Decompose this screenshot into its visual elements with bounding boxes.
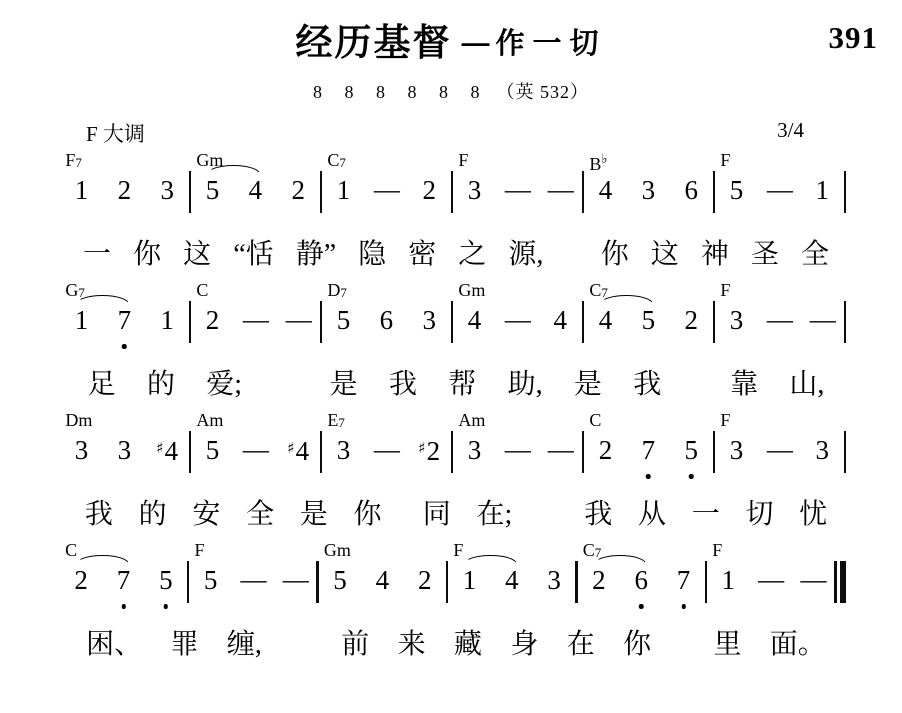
- hymnal-page: 391 经历基督—作一切 8 8 8 8 8 8（英 532） F 大调 3/4…: [0, 0, 902, 713]
- key-signature-label: F 大调: [86, 118, 145, 144]
- dash-glyph: —: [505, 175, 530, 204]
- chord-root: D: [327, 280, 340, 300]
- lyric-syllable: 之: [447, 238, 497, 272]
- lyric-syllable: 里: [699, 628, 755, 662]
- lyric-syllable: 隐: [347, 238, 397, 272]
- measure: C7267: [578, 562, 705, 602]
- note: 3: [60, 430, 103, 475]
- measure: E73—♯2: [322, 432, 451, 472]
- note-number: 7: [117, 565, 131, 595]
- chord-root: G: [324, 540, 337, 560]
- chord-root: G: [458, 280, 471, 300]
- chord-label: F: [458, 151, 468, 169]
- lyric-syllable: 面。: [756, 628, 840, 662]
- measure: C275: [60, 562, 187, 602]
- lyric-syllable: 足: [72, 368, 131, 402]
- meter-numbers: 8 8 8 8 8 8: [313, 82, 489, 102]
- lyrics-row: 足的爱;是我帮助,是我靠山,: [72, 368, 840, 402]
- note: 4: [453, 300, 496, 345]
- chord-extension: 7: [339, 155, 346, 170]
- note: 5: [189, 560, 231, 605]
- chord-label: F: [195, 541, 205, 559]
- dash-glyph: —: [767, 435, 792, 464]
- barline: [844, 301, 846, 343]
- duration-dash: —: [365, 430, 408, 474]
- lyric-syllable: 静”: [285, 238, 347, 272]
- note: 2: [404, 560, 446, 605]
- note-number: 6: [684, 175, 698, 205]
- lyrics-row: 一你这“恬静”隐密之源,你这神圣全: [72, 238, 840, 272]
- title-dash: —: [461, 27, 489, 58]
- note: 5: [715, 170, 758, 215]
- chord-root: D: [65, 410, 78, 430]
- lyric-syllable: 忧: [786, 498, 840, 532]
- note: 1: [448, 560, 490, 605]
- key-time-row: F 大调 3/4: [0, 118, 902, 144]
- chord-root: F: [195, 540, 205, 560]
- note-number: 3: [730, 305, 744, 335]
- dash-glyph: —: [800, 565, 825, 594]
- page-header: 391 经历基督—作一切 8 8 8 8 8 8（英 532） F 大调 3/4: [0, 0, 902, 144]
- notes-group: 33♯4: [60, 432, 189, 472]
- dash-glyph: —: [810, 305, 835, 334]
- chord-label: Gm: [458, 281, 485, 299]
- lyric-syllable: “恬: [222, 238, 284, 272]
- note-number: 5: [204, 565, 218, 595]
- note-number: 2: [427, 436, 441, 466]
- dash-glyph: —: [767, 305, 792, 334]
- lyric-syllable: 从: [625, 498, 679, 532]
- note: 5: [670, 430, 713, 475]
- lyric-syllable: 圣: [740, 238, 790, 272]
- note-number: 3: [468, 435, 482, 465]
- chord-root: m: [471, 410, 485, 430]
- note-number: 5: [206, 435, 220, 465]
- chord-label: Am: [458, 411, 485, 429]
- note: ♯4: [146, 428, 189, 476]
- measure: Am5—♯4: [191, 432, 320, 472]
- chord-root: C: [65, 540, 77, 560]
- measure: F3——: [453, 172, 582, 212]
- note: 3: [627, 170, 670, 215]
- note-number: 6: [634, 565, 648, 595]
- note-number: 4: [468, 305, 482, 335]
- notes-group: 1——: [707, 562, 834, 602]
- note-number: 7: [642, 435, 656, 465]
- lyric-syllable: 一: [679, 498, 733, 532]
- chord-root: F: [458, 150, 468, 170]
- notes-group: 3——: [453, 172, 582, 212]
- chord-root: F: [720, 410, 730, 430]
- note-number: 2: [422, 175, 436, 205]
- lyric-syllable: 的: [131, 368, 190, 402]
- notes-group: 5——: [189, 562, 316, 602]
- duration-dash: —: [496, 170, 539, 214]
- note: 7: [102, 560, 144, 605]
- note-number: 4: [165, 436, 179, 466]
- music-row: Dm33♯4Am5—♯4E73—♯2Am3——C275F3—3: [60, 432, 846, 472]
- duration-dash: —: [758, 430, 801, 474]
- lyric-syllable: 在: [553, 628, 609, 662]
- duration-dash: —: [801, 300, 844, 344]
- note: 1: [146, 300, 189, 345]
- note: 4: [491, 560, 533, 605]
- duration-dash: —: [496, 430, 539, 474]
- note: 6: [365, 300, 408, 345]
- chord-root: C: [589, 280, 601, 300]
- lyric-syllable: 全: [233, 498, 287, 532]
- note-number: 2: [418, 565, 432, 595]
- lyric-syllable: 困、: [72, 628, 156, 662]
- notes-group: 275: [60, 562, 187, 602]
- note: 5: [191, 430, 234, 475]
- dash-glyph: —: [505, 305, 530, 334]
- note: ♯2: [408, 428, 451, 476]
- note: 5: [145, 560, 187, 605]
- duration-dash: —: [758, 170, 801, 214]
- notes-group: 5—♯4: [191, 432, 320, 472]
- sharp-icon: ♯: [287, 439, 294, 457]
- chord-label: Gm: [324, 541, 351, 559]
- lyric-syllable: 来: [383, 628, 439, 662]
- lyric-syllable: 我: [618, 368, 677, 402]
- measure: G7171: [60, 302, 189, 342]
- notes-group: 3——: [715, 302, 844, 342]
- note-number: 4: [599, 175, 613, 205]
- note-number: 3: [642, 175, 656, 205]
- duration-dash: —: [792, 560, 834, 604]
- note: 3: [715, 430, 758, 475]
- chord-root: G: [196, 150, 209, 170]
- dash-glyph: —: [283, 565, 308, 594]
- chord-label: C: [589, 411, 601, 429]
- lyric-syllable: 我: [72, 498, 126, 532]
- lyric-syllable: 安: [179, 498, 233, 532]
- note: 5: [191, 170, 234, 215]
- system: C275F5——Gm542F143C7267F1——困、罪缠,前来藏身在你里面。: [60, 562, 846, 662]
- lyric-syllable: 靠: [714, 368, 773, 402]
- note: 2: [191, 300, 234, 345]
- chord-root: C: [589, 410, 601, 430]
- note: 3: [453, 430, 496, 475]
- measure: F3—3: [715, 432, 844, 472]
- lyric-syllable: 是: [314, 368, 373, 402]
- chord-label: F: [453, 541, 463, 559]
- dash-glyph: —: [243, 435, 268, 464]
- note: 4: [584, 300, 627, 345]
- notes-group: 143: [448, 562, 575, 602]
- note-number: 1: [160, 305, 174, 335]
- chord-root: C: [196, 280, 208, 300]
- note-number: 4: [376, 565, 390, 595]
- notes-group: 1—2: [322, 172, 451, 212]
- lyric-syllable: 源,: [497, 238, 554, 272]
- measure: Dm33♯4: [60, 432, 189, 472]
- chord-extension: 7: [340, 285, 347, 300]
- note: 3: [146, 170, 189, 215]
- duration-dash: —: [496, 300, 539, 344]
- note: 5: [627, 300, 670, 345]
- measure: F5——: [189, 562, 316, 602]
- note-number: 6: [380, 305, 394, 335]
- duration-dash: —: [758, 300, 801, 344]
- music-row: C275F5——Gm542F143C7267F1——: [60, 562, 846, 602]
- chord-label: C: [196, 281, 208, 299]
- chord-root: m: [337, 540, 351, 560]
- note: ♯4: [277, 428, 320, 476]
- duration-dash: —: [539, 430, 582, 474]
- lyric-syllable: 你: [590, 238, 640, 272]
- note: 4: [361, 560, 403, 605]
- note: 1: [707, 560, 749, 605]
- measure: Gm4—4: [453, 302, 582, 342]
- meter-reference: （英 532）: [497, 82, 590, 102]
- dash-glyph: —: [374, 435, 399, 464]
- meter-row: 8 8 8 8 8 8（英 532）: [0, 78, 902, 104]
- note: 2: [578, 560, 620, 605]
- note: 4: [539, 300, 582, 345]
- score-lines: F7123Gm542C71—2F3——B♭436F5—1一你这“恬静”隐密之源,…: [0, 172, 902, 662]
- hymn-number: 391: [829, 20, 879, 56]
- measure: F7123: [60, 172, 189, 212]
- lyric-syllable: 是: [558, 368, 617, 402]
- lyric-syllable: 全: [790, 238, 840, 272]
- note-number: 5: [642, 305, 656, 335]
- chord-extension: 7: [75, 155, 82, 170]
- system: F7123Gm542C71—2F3——B♭436F5—1一你这“恬静”隐密之源,…: [60, 172, 846, 272]
- time-signature: 3/4: [777, 118, 804, 144]
- chord-root: F: [720, 280, 730, 300]
- note-number: 1: [75, 305, 89, 335]
- note: 6: [670, 170, 713, 215]
- note-number: 3: [75, 435, 89, 465]
- note-number: 2: [118, 175, 132, 205]
- duration-dash: —: [277, 300, 320, 344]
- note-number: 5: [337, 305, 351, 335]
- note-number: 3: [160, 175, 174, 205]
- lyric-syllable: 一: [72, 238, 122, 272]
- note-number: 2: [599, 435, 613, 465]
- lyric-syllable: 爱;: [191, 368, 258, 402]
- chord-label: F: [720, 411, 730, 429]
- chord-root: F: [720, 150, 730, 170]
- hymn-title: 经历基督: [295, 22, 451, 63]
- measure: F143: [448, 562, 575, 602]
- chord-label: F: [720, 151, 730, 169]
- note: 4: [234, 170, 277, 215]
- note: 3: [453, 170, 496, 215]
- notes-group: 542: [319, 562, 446, 602]
- note-number: 1: [722, 565, 736, 595]
- note-number: 5: [684, 435, 698, 465]
- note-number: 2: [291, 175, 305, 205]
- lyric-syllable: 缠,: [213, 628, 276, 662]
- measure: F3——: [715, 302, 844, 342]
- sharp-icon: ♯: [418, 439, 425, 457]
- note: 3: [801, 430, 844, 475]
- notes-group: 3—3: [715, 432, 844, 472]
- note: 2: [584, 430, 627, 475]
- chord-root: G: [65, 280, 78, 300]
- lyric-syllable: 助,: [492, 368, 558, 402]
- final-barline: [834, 561, 846, 603]
- note-number: 3: [730, 435, 744, 465]
- note-number: 3: [547, 565, 561, 595]
- chord-root: m: [78, 410, 92, 430]
- note: 7: [662, 560, 704, 605]
- system: Dm33♯4Am5—♯4E73—♯2Am3——C275F3—3我的安全是你同在;…: [60, 432, 846, 532]
- note-number: 4: [296, 436, 310, 466]
- note-number: 1: [463, 565, 477, 595]
- note-number: 7: [118, 305, 132, 335]
- measure: D7563: [322, 302, 451, 342]
- duration-dash: —: [234, 430, 277, 474]
- notes-group: 267: [578, 562, 705, 602]
- lyric-syllable: 神: [690, 238, 740, 272]
- duration-dash: —: [749, 560, 791, 604]
- note: 5: [319, 560, 361, 605]
- lyric-syllable: 罪: [156, 628, 212, 662]
- note: 3: [533, 560, 575, 605]
- notes-group: 5—1: [715, 172, 844, 212]
- lyric-syllable: 身: [496, 628, 552, 662]
- chord-label: Dm: [65, 411, 92, 429]
- note-number: 1: [337, 175, 351, 205]
- dash-glyph: —: [548, 435, 573, 464]
- chord-root: F: [453, 540, 463, 560]
- notes-group: 542: [191, 172, 320, 212]
- dash-glyph: —: [548, 175, 573, 204]
- dash-glyph: —: [505, 435, 530, 464]
- note: 1: [322, 170, 365, 215]
- measure: C2——: [191, 302, 320, 342]
- lyrics-row: 困、罪缠,前来藏身在你里面。: [72, 628, 840, 662]
- music-row: G7171C2——D7563Gm4—4C7452F3——: [60, 302, 846, 342]
- note: 2: [408, 170, 451, 215]
- lyric-syllable: 同: [410, 498, 464, 532]
- chord-root: F: [712, 540, 722, 560]
- note-number: 5: [730, 175, 744, 205]
- note: 1: [801, 170, 844, 215]
- chord-root: C: [583, 540, 595, 560]
- notes-group: 275: [584, 432, 713, 472]
- measure: C7452: [584, 302, 713, 342]
- note-number: 3: [422, 305, 436, 335]
- note: 3: [715, 300, 758, 345]
- dash-glyph: —: [758, 565, 783, 594]
- note-number: 7: [677, 565, 691, 595]
- barline: [844, 431, 846, 473]
- measure: Gm542: [319, 562, 446, 602]
- chord-root: A: [196, 410, 209, 430]
- lyric-syllable: 帮: [433, 368, 492, 402]
- measure: C71—2: [322, 172, 451, 212]
- chord-root: C: [327, 150, 339, 170]
- note: 1: [60, 300, 103, 345]
- dash-glyph: —: [243, 305, 268, 334]
- note-number: 4: [599, 305, 613, 335]
- notes-group: 3——: [453, 432, 582, 472]
- note-number: 1: [75, 175, 89, 205]
- chord-root: A: [458, 410, 471, 430]
- measure: F1——: [707, 562, 834, 602]
- lyric-syllable: 我: [571, 498, 625, 532]
- lyric-syllable: 你: [341, 498, 395, 532]
- note: 1: [60, 170, 103, 215]
- notes-group: 2——: [191, 302, 320, 342]
- dash-glyph: —: [286, 305, 311, 334]
- note: 2: [277, 170, 320, 215]
- sharp-icon: ♯: [156, 439, 163, 457]
- dash-glyph: —: [240, 565, 265, 594]
- chord-root: m: [471, 280, 485, 300]
- note-number: 5: [333, 565, 347, 595]
- duration-dash: —: [234, 300, 277, 344]
- lyric-syllable: 我: [373, 368, 432, 402]
- chord-label: Am: [196, 411, 223, 429]
- chord-label: F: [720, 281, 730, 299]
- final-barline-thick: [840, 561, 847, 603]
- chord-label: C: [65, 541, 77, 559]
- final-barline-thin: [834, 561, 836, 603]
- note-number: 2: [74, 565, 88, 595]
- system: G7171C2——D7563Gm4—4C7452F3——足的爱;是我帮助,是我靠…: [60, 302, 846, 402]
- lyric-syllable: 密: [397, 238, 447, 272]
- notes-group: 123: [60, 172, 189, 212]
- dash-glyph: —: [374, 175, 399, 204]
- note-number: 3: [468, 175, 482, 205]
- measure: F5—1: [715, 172, 844, 212]
- duration-dash: —: [539, 170, 582, 214]
- note: 6: [620, 560, 662, 605]
- note: 2: [60, 560, 102, 605]
- lyric-syllable: 你: [122, 238, 172, 272]
- notes-group: 436: [584, 172, 713, 212]
- barline: [844, 171, 846, 213]
- duration-dash: —: [274, 560, 316, 604]
- note-number: 3: [337, 435, 351, 465]
- lyric-syllable: 这: [640, 238, 690, 272]
- note-number: 4: [505, 565, 519, 595]
- note-number: 4: [249, 175, 263, 205]
- lyric-syllable: 切: [733, 498, 787, 532]
- flat-icon: ♭: [601, 152, 607, 167]
- note: 2: [670, 300, 713, 345]
- notes-group: 563: [322, 302, 451, 342]
- note-number: 1: [815, 175, 829, 205]
- note: 3: [103, 430, 146, 475]
- lyric-syllable: 你: [609, 628, 665, 662]
- measure: Gm542: [191, 172, 320, 212]
- note-number: 5: [159, 565, 173, 595]
- note-number: 2: [206, 305, 220, 335]
- duration-dash: —: [232, 560, 274, 604]
- chord-label: F: [712, 541, 722, 559]
- note: 3: [408, 300, 451, 345]
- lyric-syllable: 前: [327, 628, 383, 662]
- note: 2: [103, 170, 146, 215]
- lyric-syllable: 的: [126, 498, 180, 532]
- duration-dash: —: [365, 170, 408, 214]
- measure: Am3——: [453, 432, 582, 472]
- note-number: 2: [592, 565, 606, 595]
- note-number: 3: [118, 435, 132, 465]
- chord-root: m: [209, 410, 223, 430]
- note-number: 3: [815, 435, 829, 465]
- note: 3: [322, 430, 365, 475]
- note-number: 5: [206, 175, 220, 205]
- note: 5: [322, 300, 365, 345]
